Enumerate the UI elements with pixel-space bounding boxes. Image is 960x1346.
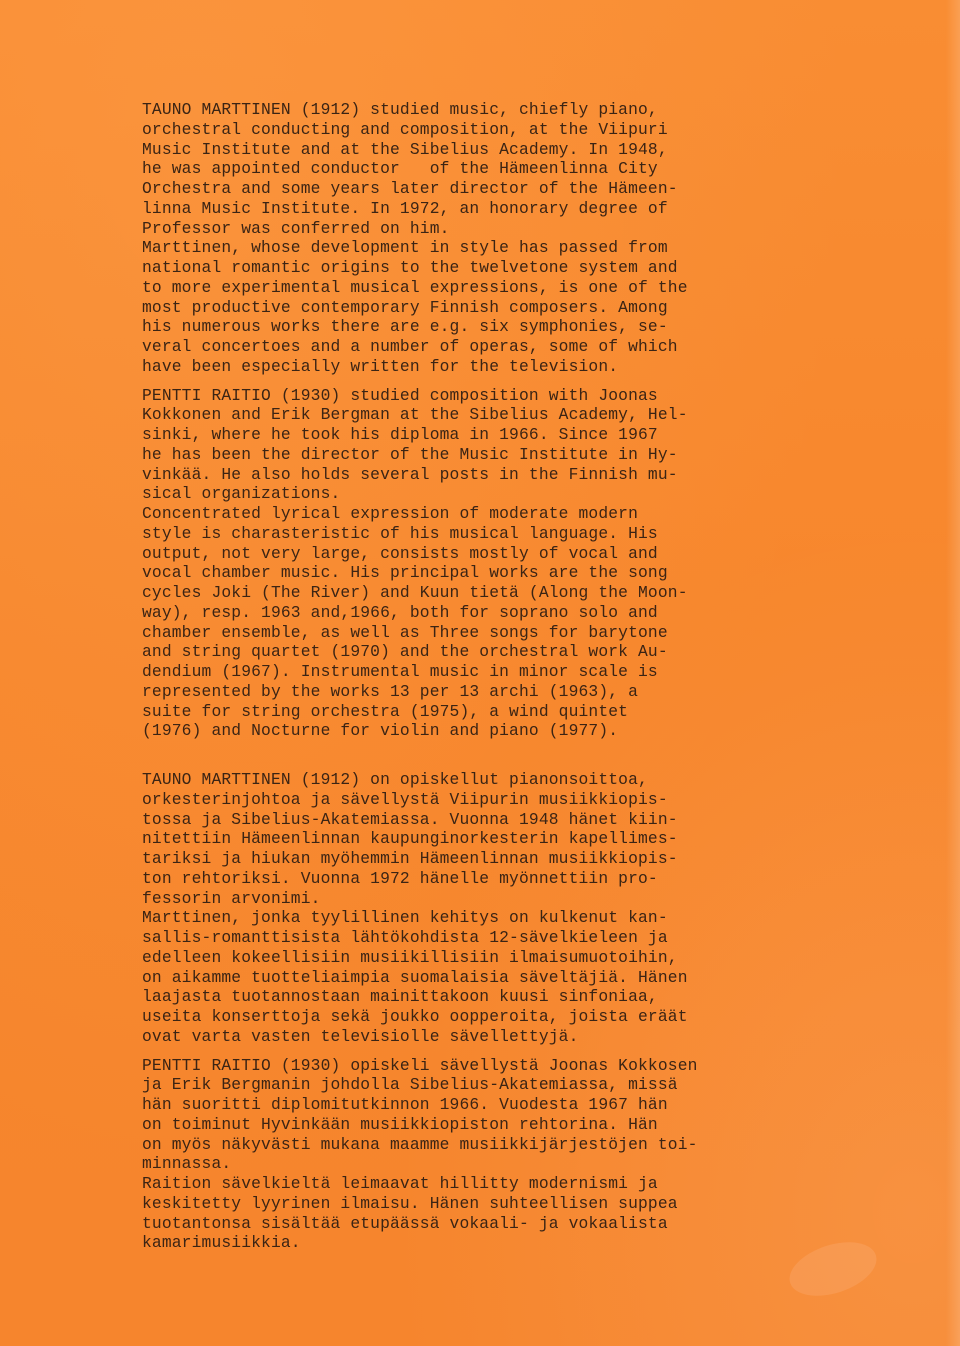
- text-line: Raition sävelkieltä leimaavat hillitty m…: [142, 1174, 822, 1194]
- text-line: laajasta tuotannostaan mainittakoon kuus…: [142, 987, 822, 1007]
- text-line: TAUNO MARTTINEN (1912) on opiskellut pia…: [142, 770, 822, 790]
- paragraph-marttinen-bio-en: TAUNO MARTTINEN (1912) studied music, ch…: [142, 100, 822, 238]
- text-line: he has been the director of the Music In…: [142, 445, 822, 465]
- text-line: Orchestra and some years later director …: [142, 179, 822, 199]
- section-spacer: [142, 741, 822, 770]
- text-line: tariksi ja hiukan myöhemmin Hämeenlinnan…: [142, 849, 822, 869]
- text-line: ovat varta vasten televisiolle sävellett…: [142, 1027, 822, 1047]
- text-line: kamarimusiikkia.: [142, 1233, 822, 1253]
- text-line: Marttinen, jonka tyylillinen kehitys on …: [142, 908, 822, 928]
- text-line: on aikamme tuotteliaimpia suomalaisia sä…: [142, 968, 822, 988]
- text-line: national romantic origins to the twelvet…: [142, 258, 822, 278]
- page-background: TAUNO MARTTINEN (1912) studied music, ch…: [0, 0, 960, 1346]
- text-line: PENTTI RAITIO (1930) opiskeli sävellystä…: [142, 1056, 822, 1076]
- text-line: orkesterinjohtoa ja sävellystä Viipurin …: [142, 790, 822, 810]
- text-line: sinki, where he took his diploma in 1966…: [142, 425, 822, 445]
- text-line: he was appointed conductor of the Hämeen…: [142, 159, 822, 179]
- text-line: his numerous works there are e.g. six sy…: [142, 317, 822, 337]
- text-line: represented by the works 13 per 13 archi…: [142, 682, 822, 702]
- paragraph-raitio-bio-en: PENTTI RAITIO (1930) studied composition…: [142, 386, 822, 505]
- text-line: suite for string orchestra (1975), a win…: [142, 702, 822, 722]
- text-line: useita konserttoja sekä joukko oopperoit…: [142, 1007, 822, 1027]
- text-line: sical organizations.: [142, 484, 822, 504]
- text-line: have been especially written for the tel…: [142, 357, 822, 377]
- text-line: keskitetty lyyrinen ilmaisu. Hänen suhte…: [142, 1194, 822, 1214]
- text-line: nitettiin Hämeenlinnan kaupunginorkester…: [142, 829, 822, 849]
- text-line: (1976) and Nocturne for violin and piano…: [142, 721, 822, 741]
- paragraph-marttinen-style-en: Marttinen, whose development in style ha…: [142, 238, 822, 376]
- text-line: PENTTI RAITIO (1930) studied composition…: [142, 386, 822, 406]
- text-line: cycles Joki (The River) and Kuun tietä (…: [142, 583, 822, 603]
- paragraph-raitio-style-fi: Raition sävelkieltä leimaavat hillitty m…: [142, 1174, 822, 1253]
- spacer: [142, 1047, 822, 1056]
- text-line: most productive contemporary Finnish com…: [142, 298, 822, 318]
- text-line: TAUNO MARTTINEN (1912) studied music, ch…: [142, 100, 822, 120]
- text-line: to more experimental musical expressions…: [142, 278, 822, 298]
- text-line: minnassa.: [142, 1154, 822, 1174]
- spacer: [142, 377, 822, 386]
- text-line: fessorin arvonimi.: [142, 889, 822, 909]
- text-line: orchestral conducting and composition, a…: [142, 120, 822, 140]
- text-line: and string quartet (1970) and the orches…: [142, 642, 822, 662]
- text-line: ton rehtoriksi. Vuonna 1972 hänelle myön…: [142, 869, 822, 889]
- document-body: TAUNO MARTTINEN (1912) studied music, ch…: [142, 100, 822, 1253]
- text-line: dendium (1967). Instrumental music in mi…: [142, 662, 822, 682]
- text-line: vinkää. He also holds several posts in t…: [142, 465, 822, 485]
- text-line: edelleen kokeellisiin musiikillisiin ilm…: [142, 948, 822, 968]
- text-line: ja Erik Bergmanin johdolla Sibelius-Akat…: [142, 1075, 822, 1095]
- paragraph-raitio-style-en: Concentrated lyrical expression of moder…: [142, 504, 822, 741]
- text-line: veral concertoes and a number of operas,…: [142, 337, 822, 357]
- text-line: Concentrated lyrical expression of moder…: [142, 504, 822, 524]
- text-line: way), resp. 1963 and,1966, both for sopr…: [142, 603, 822, 623]
- paragraph-raitio-bio-fi: PENTTI RAITIO (1930) opiskeli sävellystä…: [142, 1056, 822, 1175]
- text-line: sallis-romanttisista lähtökohdista 12-sä…: [142, 928, 822, 948]
- text-line: tossa ja Sibelius-Akatemiassa. Vuonna 19…: [142, 810, 822, 830]
- text-line: vocal chamber music. His principal works…: [142, 563, 822, 583]
- text-line: on myös näkyvästi mukana maamme musiikki…: [142, 1135, 822, 1155]
- paragraph-marttinen-bio-fi: TAUNO MARTTINEN (1912) on opiskellut pia…: [142, 770, 822, 908]
- text-line: tuotantonsa sisältää etupäässä vokaali- …: [142, 1214, 822, 1234]
- text-line: on toiminut Hyvinkään musiikkiopiston re…: [142, 1115, 822, 1135]
- text-line: style is charasteristic of his musical l…: [142, 524, 822, 544]
- text-line: hän suoritti diplomitutkinnon 1966. Vuod…: [142, 1095, 822, 1115]
- paragraph-marttinen-style-fi: Marttinen, jonka tyylillinen kehitys on …: [142, 908, 822, 1046]
- text-line: Music Institute and at the Sibelius Acad…: [142, 140, 822, 160]
- text-line: output, not very large, consists mostly …: [142, 544, 822, 564]
- text-line: linna Music Institute. In 1972, an honor…: [142, 199, 822, 219]
- text-line: Marttinen, whose development in style ha…: [142, 238, 822, 258]
- text-line: Kokkonen and Erik Bergman at the Sibeliu…: [142, 405, 822, 425]
- text-line: Professor was conferred on him.: [142, 219, 822, 239]
- text-line: chamber ensemble, as well as Three songs…: [142, 623, 822, 643]
